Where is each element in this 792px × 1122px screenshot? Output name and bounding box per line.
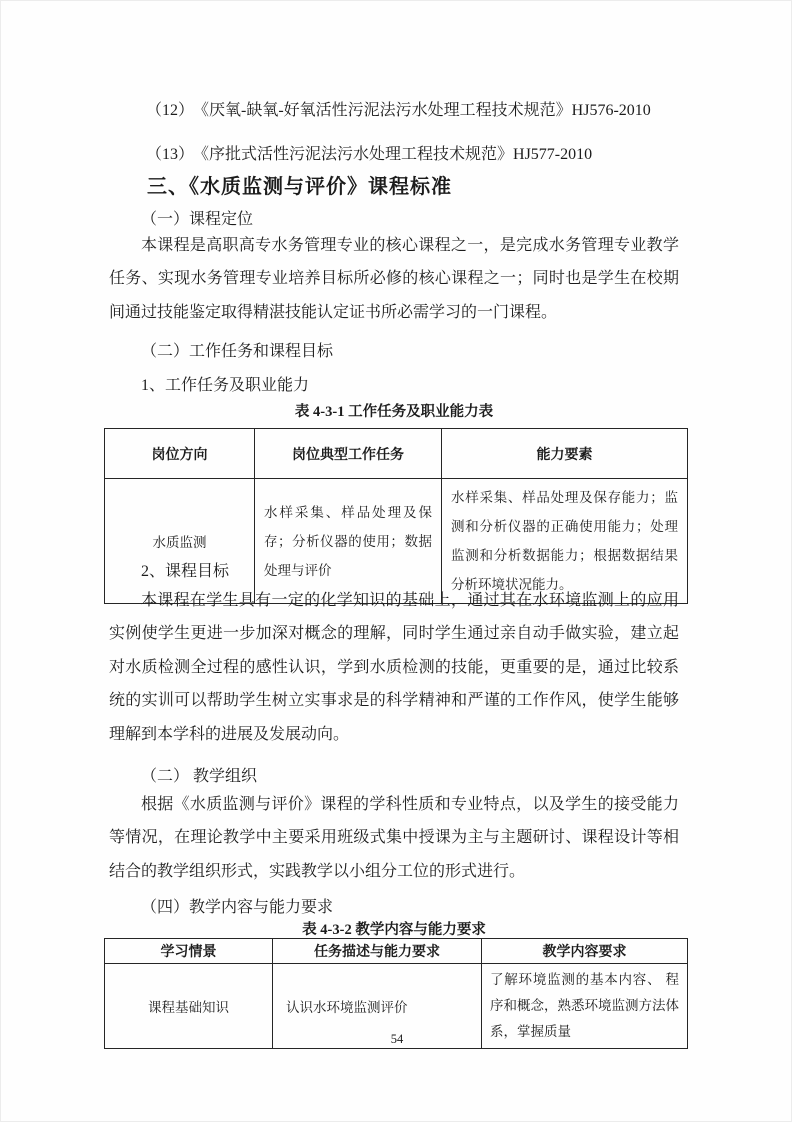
header-cell-task-description: 任务描述与能力要求 — [273, 939, 482, 964]
paragraph-course-goals: 本课程在学生具有一定的化学知识的基础上，通过其在水环境监测上的应用实例使学生更进… — [109, 584, 679, 751]
list-item-label: （13） — [146, 146, 194, 163]
subsection-title-work-tasks: 1、工作任务及职业能力 — [109, 372, 711, 395]
table-caption-4-3-2: 表 4-3-2 教学内容与能力要求 — [105, 918, 683, 939]
section-title-teaching-organization: （二） 教学组织 — [109, 763, 711, 786]
table-caption-4-3-1: 表 4-3-1 工作任务及职业能力表 — [105, 400, 683, 421]
list-item-13: （13）《序批式活性污泥法污水处理工程技术规范》HJ577-2010 — [109, 144, 716, 166]
chapter-heading: 三、《水质监测与评价》课程标准 — [109, 170, 717, 199]
section-title-teaching-content: （四）教学内容与能力要求 — [109, 894, 711, 917]
header-cell-content-requirements: 教学内容要求 — [482, 939, 688, 964]
document-page: （12）《厌氧-缺氧-好氧活性污泥法污水处理工程技术规范》HJ576-2010 … — [0, 0, 792, 1122]
list-item-text: 《厌氧-缺氧-好氧活性污泥法污水处理工程技术规范》HJ576-2010 — [201, 102, 651, 119]
section-title-tasks-goals: （二）工作任务和课程目标 — [109, 338, 711, 361]
table-header-row: 学习情景 任务描述与能力要求 教学内容要求 — [105, 939, 688, 964]
paragraph-teaching-organization: 根据《水质监测与评价》课程的学科性质和专业特点，以及学生的接受能力等情况，在理论… — [109, 788, 679, 888]
subsection-title-course-goals: 2、课程目标 — [109, 558, 711, 581]
header-cell-ability-elements: 能力要素 — [442, 429, 688, 479]
paragraph-course-position: 本课程是高职高专水务管理专业的核心课程之一，是完成水务管理专业教学任务、实现水务… — [109, 229, 679, 329]
page-number: 54 — [1, 1032, 792, 1047]
list-item-text: 《序批式活性污泥法污水处理工程技术规范》HJ577-2010 — [201, 146, 592, 163]
list-item-12: （12）《厌氧-缺氧-好氧活性污泥法污水处理工程技术规范》HJ576-2010 — [109, 100, 716, 122]
section-title-course-position: （一）课程定位 — [109, 206, 711, 229]
header-cell-post-direction: 岗位方向 — [105, 429, 255, 479]
table-header-row: 岗位方向 岗位典型工作任务 能力要素 — [105, 429, 688, 479]
header-cell-learning-scenario: 学习情景 — [105, 939, 273, 964]
list-item-label: （12） — [146, 102, 194, 119]
header-cell-typical-tasks: 岗位典型工作任务 — [255, 429, 442, 479]
